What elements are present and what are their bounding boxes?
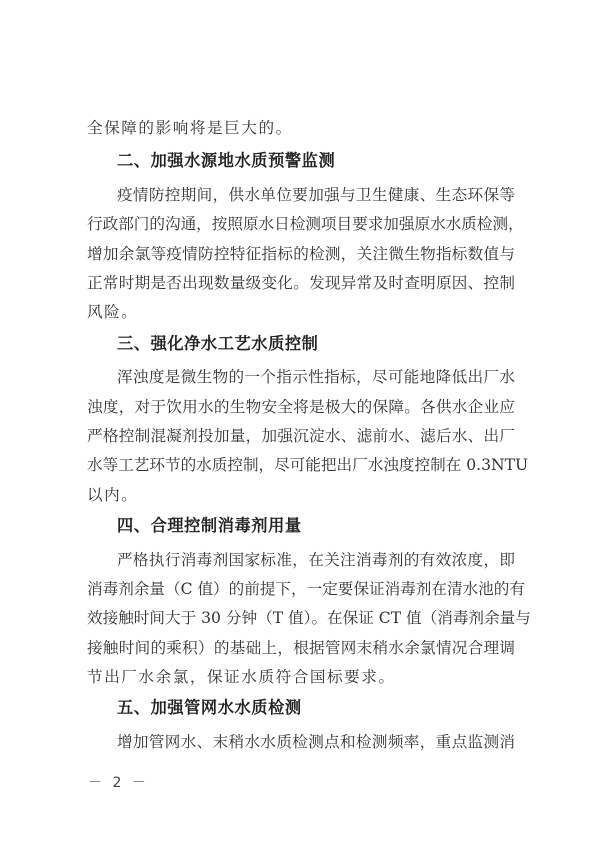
section-heading-2: 二、加强水源地水质预警监测 bbox=[117, 151, 335, 171]
section-heading-4: 四、合理控制消毒剂用量 bbox=[117, 516, 302, 536]
paragraph-line: 严格控制混凝剂投加量，加强沉淀水、滤前水、滤后水、出厂 bbox=[87, 426, 515, 446]
paragraph-line: 效接触时间大于 30 分钟（T 值）。在保证 CT 值（消毒剂余量与 bbox=[87, 608, 515, 628]
paragraph-line: 正常时期是否出现数量级变化。发现异常及时查明原因、控制 bbox=[87, 273, 515, 293]
paragraph-line: 浊度，对于饮用水的生物安全将是极大的保障。各供水企业应 bbox=[87, 397, 515, 417]
paragraph-line: 疫情防控期间，供水单位要加强与卫生健康、生态环保等 bbox=[117, 185, 515, 205]
paragraph-line: 行政部门的沟通，按照原水日检测项目要求加强原水水质检测， bbox=[87, 214, 515, 234]
paragraph-line: 浑浊度是微生物的一个指示性指标，尽可能地降低出厂水 bbox=[117, 367, 515, 387]
paragraph-line: 严格执行消毒剂国家标准，在关注消毒剂的有效浓度，即 bbox=[117, 550, 515, 570]
paragraph-line: 接触时间的乘积）的基础上，根据管网末稍水余氯情况合理调 bbox=[87, 638, 515, 658]
paragraph-line: 全保障的影响将是巨大的。 bbox=[87, 118, 515, 138]
section-heading-5: 五、加强管网水水质检测 bbox=[117, 698, 302, 718]
paragraph-line: 节出厂水余氯，保证水质符合国标要求。 bbox=[87, 667, 515, 687]
paragraph-line: 风险。 bbox=[87, 302, 515, 322]
paragraph-line: 水等工艺环节的水质控制，尽可能把出厂水浊度控制在 0.3NTU bbox=[87, 455, 515, 475]
document-page: 全保障的影响将是巨大的。 二、加强水源地水质预警监测 疫情防控期间，供水单位要加… bbox=[0, 0, 600, 848]
section-heading-3: 三、强化净水工艺水质控制 bbox=[117, 334, 318, 354]
paragraph-line: 以内。 bbox=[87, 485, 515, 505]
paragraph-line: 增加管网水、末稍水水质检测点和检测频率，重点监测消 bbox=[117, 732, 515, 752]
paragraph-line: 消毒剂余量（C 值）的前提下，一定要保证消毒剂在清水池的有 bbox=[87, 579, 515, 599]
paragraph-line: 增加余氯等疫情防控特征指标的检测，关注微生物指标数值与 bbox=[87, 244, 515, 264]
page-number: － 2 － bbox=[88, 772, 149, 792]
